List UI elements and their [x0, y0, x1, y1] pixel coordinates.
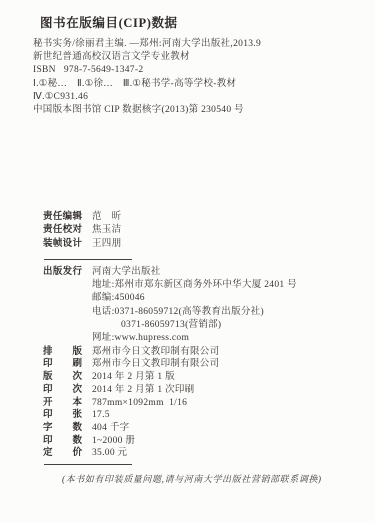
staff-row: 装帧设计 王四朋: [43, 238, 121, 251]
print-value: 2014 年 2 月第 1 次印刷: [92, 384, 194, 397]
print-row-print-run: 印 数 1~2000 册: [43, 435, 361, 448]
print-label: 开 本: [43, 397, 82, 410]
print-row-format: 开 本 787mm×1092mm 1/16: [43, 397, 361, 410]
print-label: 印 张: [43, 409, 82, 422]
publisher-website: 网址:www.hupress.com: [92, 332, 297, 345]
print-label: 印 刷: [43, 358, 82, 371]
print-label: 字 数: [43, 422, 82, 435]
staff-value: 王四朋: [92, 238, 121, 251]
cip-line-isbn: ISBN 978-7-5649-1347-2: [33, 64, 357, 77]
print-row-word-count: 字 数 404 千字: [43, 422, 361, 435]
print-info-block: 排 版 郑州市今日文教印制有限公司 印 刷 郑州市今日文教印制有限公司 版 次 …: [43, 346, 361, 460]
cip-data-block: 图书在版编目(CIP)数据 秘书实务/徐丽君主编. —郑州:河南大学出版社,20…: [33, 13, 357, 117]
publisher-postcode: 邮编:450046: [92, 292, 297, 305]
print-row-printer: 印 刷 郑州市今日文教印制有限公司: [43, 358, 361, 371]
publisher-phone-1: 电话:0371-86059712(高等教育出版分社): [92, 306, 297, 319]
publisher-row: 出版发行 河南大学出版社 地址:郑州市郑东新区商务外环中华大厦 2401 号 邮…: [43, 266, 361, 345]
cip-line-series: 新世纪普通高校汉语言文学专业教材: [33, 51, 357, 64]
publisher-phone-2: 0371-86059713(营销部): [92, 319, 297, 332]
publisher-block: 出版发行 河南大学出版社 地址:郑州市郑东新区商务外环中华大厦 2401 号 邮…: [43, 266, 361, 460]
print-value: 17.5: [92, 409, 110, 422]
print-label: 排 版: [43, 346, 82, 359]
staff-label: 装帧设计: [43, 238, 82, 251]
print-row-price: 定 价 35.00 元: [43, 447, 361, 460]
cip-line-record-number: 中国版本图书馆 CIP 数据核字(2013)第 230540 号: [33, 104, 357, 117]
print-row-sheets: 印 张 17.5: [43, 409, 361, 422]
print-value: 郑州市今日文教印制有限公司: [92, 358, 219, 371]
staff-value: 焦玉洁: [92, 224, 121, 237]
staff-block: 责任编辑 范 昕 责任校对 焦玉洁 装帧设计 王四朋: [43, 211, 121, 251]
cip-line-book-info: 秘书实务/徐丽君主编. —郑州:河南大学出版社,2013.9: [33, 38, 357, 51]
print-row-edition: 版 次 2014 年 2 月第 1 版: [43, 371, 361, 384]
staff-label: 责任校对: [43, 224, 82, 237]
print-value: 787mm×1092mm 1/16: [92, 397, 187, 410]
staff-row: 责任校对 焦玉洁: [43, 224, 121, 237]
print-label: 印 数: [43, 435, 82, 448]
print-value: 35.00 元: [92, 447, 127, 460]
divider-line: [44, 259, 132, 260]
print-value: 1~2000 册: [92, 435, 135, 448]
publisher-name: 河南大学出版社: [92, 266, 297, 279]
staff-value: 范 昕: [92, 211, 121, 224]
cip-line-classification: Ⅰ.①秘… Ⅱ.①徐… Ⅲ.①秘书学-高等学校-教材: [33, 78, 357, 91]
print-label: 版 次: [43, 371, 82, 384]
print-label: 印 次: [43, 384, 82, 397]
print-value: 2014 年 2 月第 1 版: [92, 371, 175, 384]
publisher-address: 地址:郑州市郑东新区商务外环中华大厦 2401 号: [92, 279, 297, 292]
book-copyright-page: 图书在版编目(CIP)数据 秘书实务/徐丽君主编. —郑州:河南大学出版社,20…: [0, 0, 375, 523]
print-row-impression: 印 次 2014 年 2 月第 1 次印刷: [43, 384, 361, 397]
publisher-details: 河南大学出版社 地址:郑州市郑东新区商务外环中华大厦 2401 号 邮编:450…: [92, 266, 297, 345]
cip-line-class-number: Ⅳ.①C931.46: [33, 91, 357, 104]
quality-correction-note: (本书如有印装质量问题,请与河南大学出版社营销部联系调换): [62, 472, 355, 485]
cip-title: 图书在版编目(CIP)数据: [40, 13, 357, 31]
staff-row: 责任编辑 范 昕: [43, 211, 121, 224]
divider-line: [44, 464, 132, 465]
print-row-typeset: 排 版 郑州市今日文教印制有限公司: [43, 346, 361, 359]
staff-label: 责任编辑: [43, 211, 82, 224]
print-label: 定 价: [43, 447, 82, 460]
print-value: 404 千字: [92, 422, 129, 435]
publisher-label: 出版发行: [43, 266, 82, 279]
print-value: 郑州市今日文教印制有限公司: [92, 346, 219, 359]
